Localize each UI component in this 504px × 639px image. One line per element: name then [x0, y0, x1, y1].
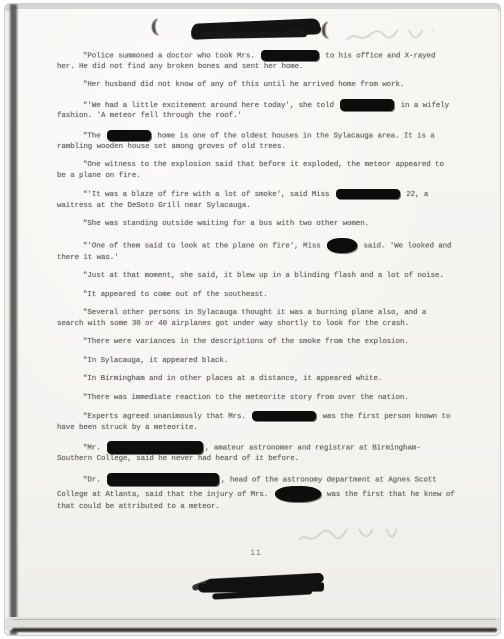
scanned-document-page: { "document": { "type": "scanned typewri… — [0, 0, 504, 639]
redaction-bar — [327, 238, 357, 253]
redaction-bar — [336, 189, 400, 199]
document-paragraph: "One witness to the explosion said that … — [57, 160, 455, 181]
pencil-annotation-top-right — [344, 30, 436, 49]
document-paragraph: "She was standing outside waiting for a … — [57, 219, 455, 230]
document-paragraph: "'We had a little excitement around here… — [57, 99, 455, 122]
footer-redaction-scribble — [198, 574, 327, 600]
pencil-annotation-footer — [296, 529, 400, 550]
redaction-bar — [107, 130, 151, 141]
document-text: "Police summoned a doctor who took Mrs. … — [57, 50, 455, 520]
redaction-bar — [107, 473, 219, 486]
document-paragraph: "Several other persons in Sylacauga thou… — [57, 308, 455, 329]
redaction-bar — [340, 99, 394, 111]
document-paragraph: "It appeared to come out of the southeas… — [57, 290, 455, 301]
document-paragraph: "Mr. , amateur astronomer and registrar … — [57, 441, 455, 465]
redaction-bar — [107, 441, 203, 454]
redaction-bar — [261, 50, 319, 61]
scan-left-edge-shadow — [10, 4, 17, 635]
document-paragraph: "'It was a blaze of fire with a lot of s… — [57, 189, 455, 211]
handwritten-paren-left: ( — [149, 16, 160, 39]
page-number: 11 — [57, 549, 455, 558]
document-paragraph: "The home is one of the oldest houses in… — [57, 130, 455, 152]
scan-bottom-paper-edge — [13, 619, 496, 620]
handwritten-paren-right: ( — [320, 19, 330, 41]
document-paragraph: "There was immediate reaction to the met… — [57, 393, 455, 404]
document-paragraph: "There were variances in the description… — [57, 337, 455, 348]
document-paragraph: "In Sylacauga, it appeared black. — [57, 356, 455, 367]
document-paragraph: "Experts agreed unanimously that Mrs. wa… — [57, 411, 455, 433]
document-paragraph: "Just at that moment, she said, it blew … — [57, 271, 455, 282]
document-paragraph: "In Birmingham and in other places at a … — [57, 374, 455, 385]
title-redaction-bar — [192, 18, 321, 39]
redaction-bar — [275, 486, 321, 502]
scan-bottom-shadow — [12, 628, 497, 632]
document-paragraph: "Dr. , head of the astronomy department … — [57, 473, 455, 513]
document-paragraph: "Her husband did not know of any of this… — [57, 80, 455, 91]
redaction-bar — [252, 411, 316, 421]
document-paragraph: "'One of them said to look at the plane … — [57, 238, 455, 264]
document-paragraph: "Police summoned a doctor who took Mrs. … — [57, 50, 455, 72]
